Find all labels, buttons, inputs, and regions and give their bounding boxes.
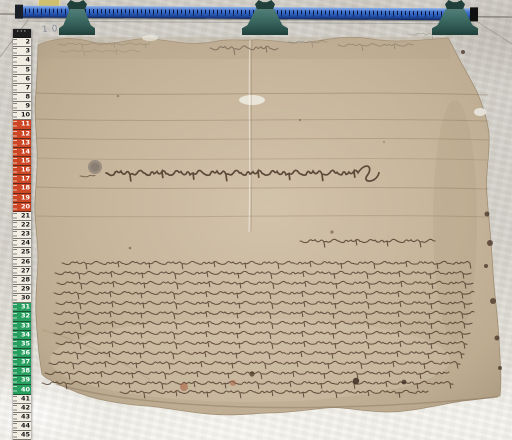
- tape-number: 24: [21, 240, 30, 247]
- tape-number: 18: [21, 185, 30, 192]
- ink-mark: [383, 141, 385, 143]
- tape-number: 27: [21, 267, 30, 274]
- tape-number: 37: [21, 359, 30, 366]
- torn-edge-spot: [498, 366, 502, 370]
- ink-mark: [230, 380, 236, 386]
- ink-mark: [330, 230, 333, 233]
- tape-number: 17: [21, 176, 30, 183]
- tape-number: 35: [21, 340, 30, 347]
- tape-number: 36: [21, 349, 30, 356]
- tape-number: 43: [21, 413, 30, 420]
- tape-number: 3: [25, 48, 30, 54]
- tape-cell: 45: [13, 431, 31, 440]
- tape-number: 4: [25, 57, 30, 63]
- tape-number: 19: [21, 194, 30, 201]
- tape-number: 28: [21, 276, 30, 283]
- tape-number: 7: [25, 84, 30, 91]
- tape-number: 20: [21, 203, 30, 210]
- tape-number: ···: [17, 30, 28, 36]
- tape-number: 9: [25, 103, 30, 110]
- torn-edge-spot: [484, 264, 488, 268]
- ink-mark: [180, 383, 188, 391]
- tape-number: 45: [21, 432, 30, 439]
- tape-number: 33: [21, 322, 30, 329]
- bulldog-clip-middle: [242, 0, 288, 36]
- torn-edge-spot: [490, 298, 496, 304]
- tape-number: 39: [21, 377, 30, 384]
- tape-number: 40: [21, 386, 30, 393]
- tape-number: 29: [21, 285, 30, 292]
- tape-number: 13: [21, 139, 30, 146]
- ink-mark: [299, 119, 301, 121]
- tape-number: 8: [25, 94, 30, 101]
- ink-mark: [249, 371, 254, 376]
- tape-number: 26: [21, 258, 30, 265]
- torn-edge-spot: [495, 336, 500, 341]
- tape-number: 34: [21, 331, 30, 338]
- bulldog-clip-left: [59, 0, 95, 36]
- tape-number: 5: [25, 66, 30, 73]
- tape-number: 22: [21, 222, 30, 229]
- ruler-left-cap: [15, 5, 23, 19]
- tape-number: 14: [21, 148, 30, 155]
- tape-number: 2: [25, 39, 30, 45]
- tape-number: 10: [21, 112, 30, 119]
- clip-body: [242, 9, 288, 35]
- tape-number: 42: [21, 404, 30, 411]
- tape-number: 15: [21, 158, 30, 165]
- tape-number: 12: [21, 130, 30, 137]
- ink-mark: [402, 380, 407, 385]
- tape-number: 30: [21, 295, 30, 302]
- photograph-stage: ···2345678910111213141516171819202122232…: [0, 0, 512, 440]
- tape-number: 21: [21, 212, 30, 219]
- tape-number: 41: [21, 395, 30, 402]
- bulldog-clip-right: [432, 0, 478, 36]
- torn-edge-spot: [461, 50, 465, 54]
- torn-edge-spot: [485, 212, 490, 217]
- tape-number: 31: [21, 304, 30, 311]
- vertical-measuring-tape: ···2345678910111213141516171819202122232…: [13, 29, 31, 440]
- tape-number: 11: [21, 121, 30, 128]
- ink-mark: [129, 247, 132, 250]
- tape-number: 38: [21, 368, 30, 375]
- ink-mark: [117, 95, 120, 98]
- ink-mark: [353, 378, 359, 384]
- manuscript-paper: [35, 35, 501, 415]
- tape-number: 32: [21, 313, 30, 320]
- clip-body: [59, 9, 95, 35]
- tape-number: 6: [25, 75, 30, 82]
- manuscript-scene: [0, 0, 512, 440]
- tape-number: 16: [21, 167, 30, 174]
- tape-number: 44: [21, 423, 30, 430]
- clip-body: [432, 9, 478, 35]
- torn-edge-spot: [487, 240, 493, 246]
- tape-number: 25: [21, 249, 30, 256]
- tape-number: 23: [21, 231, 30, 238]
- round-seal-inner: [91, 163, 100, 172]
